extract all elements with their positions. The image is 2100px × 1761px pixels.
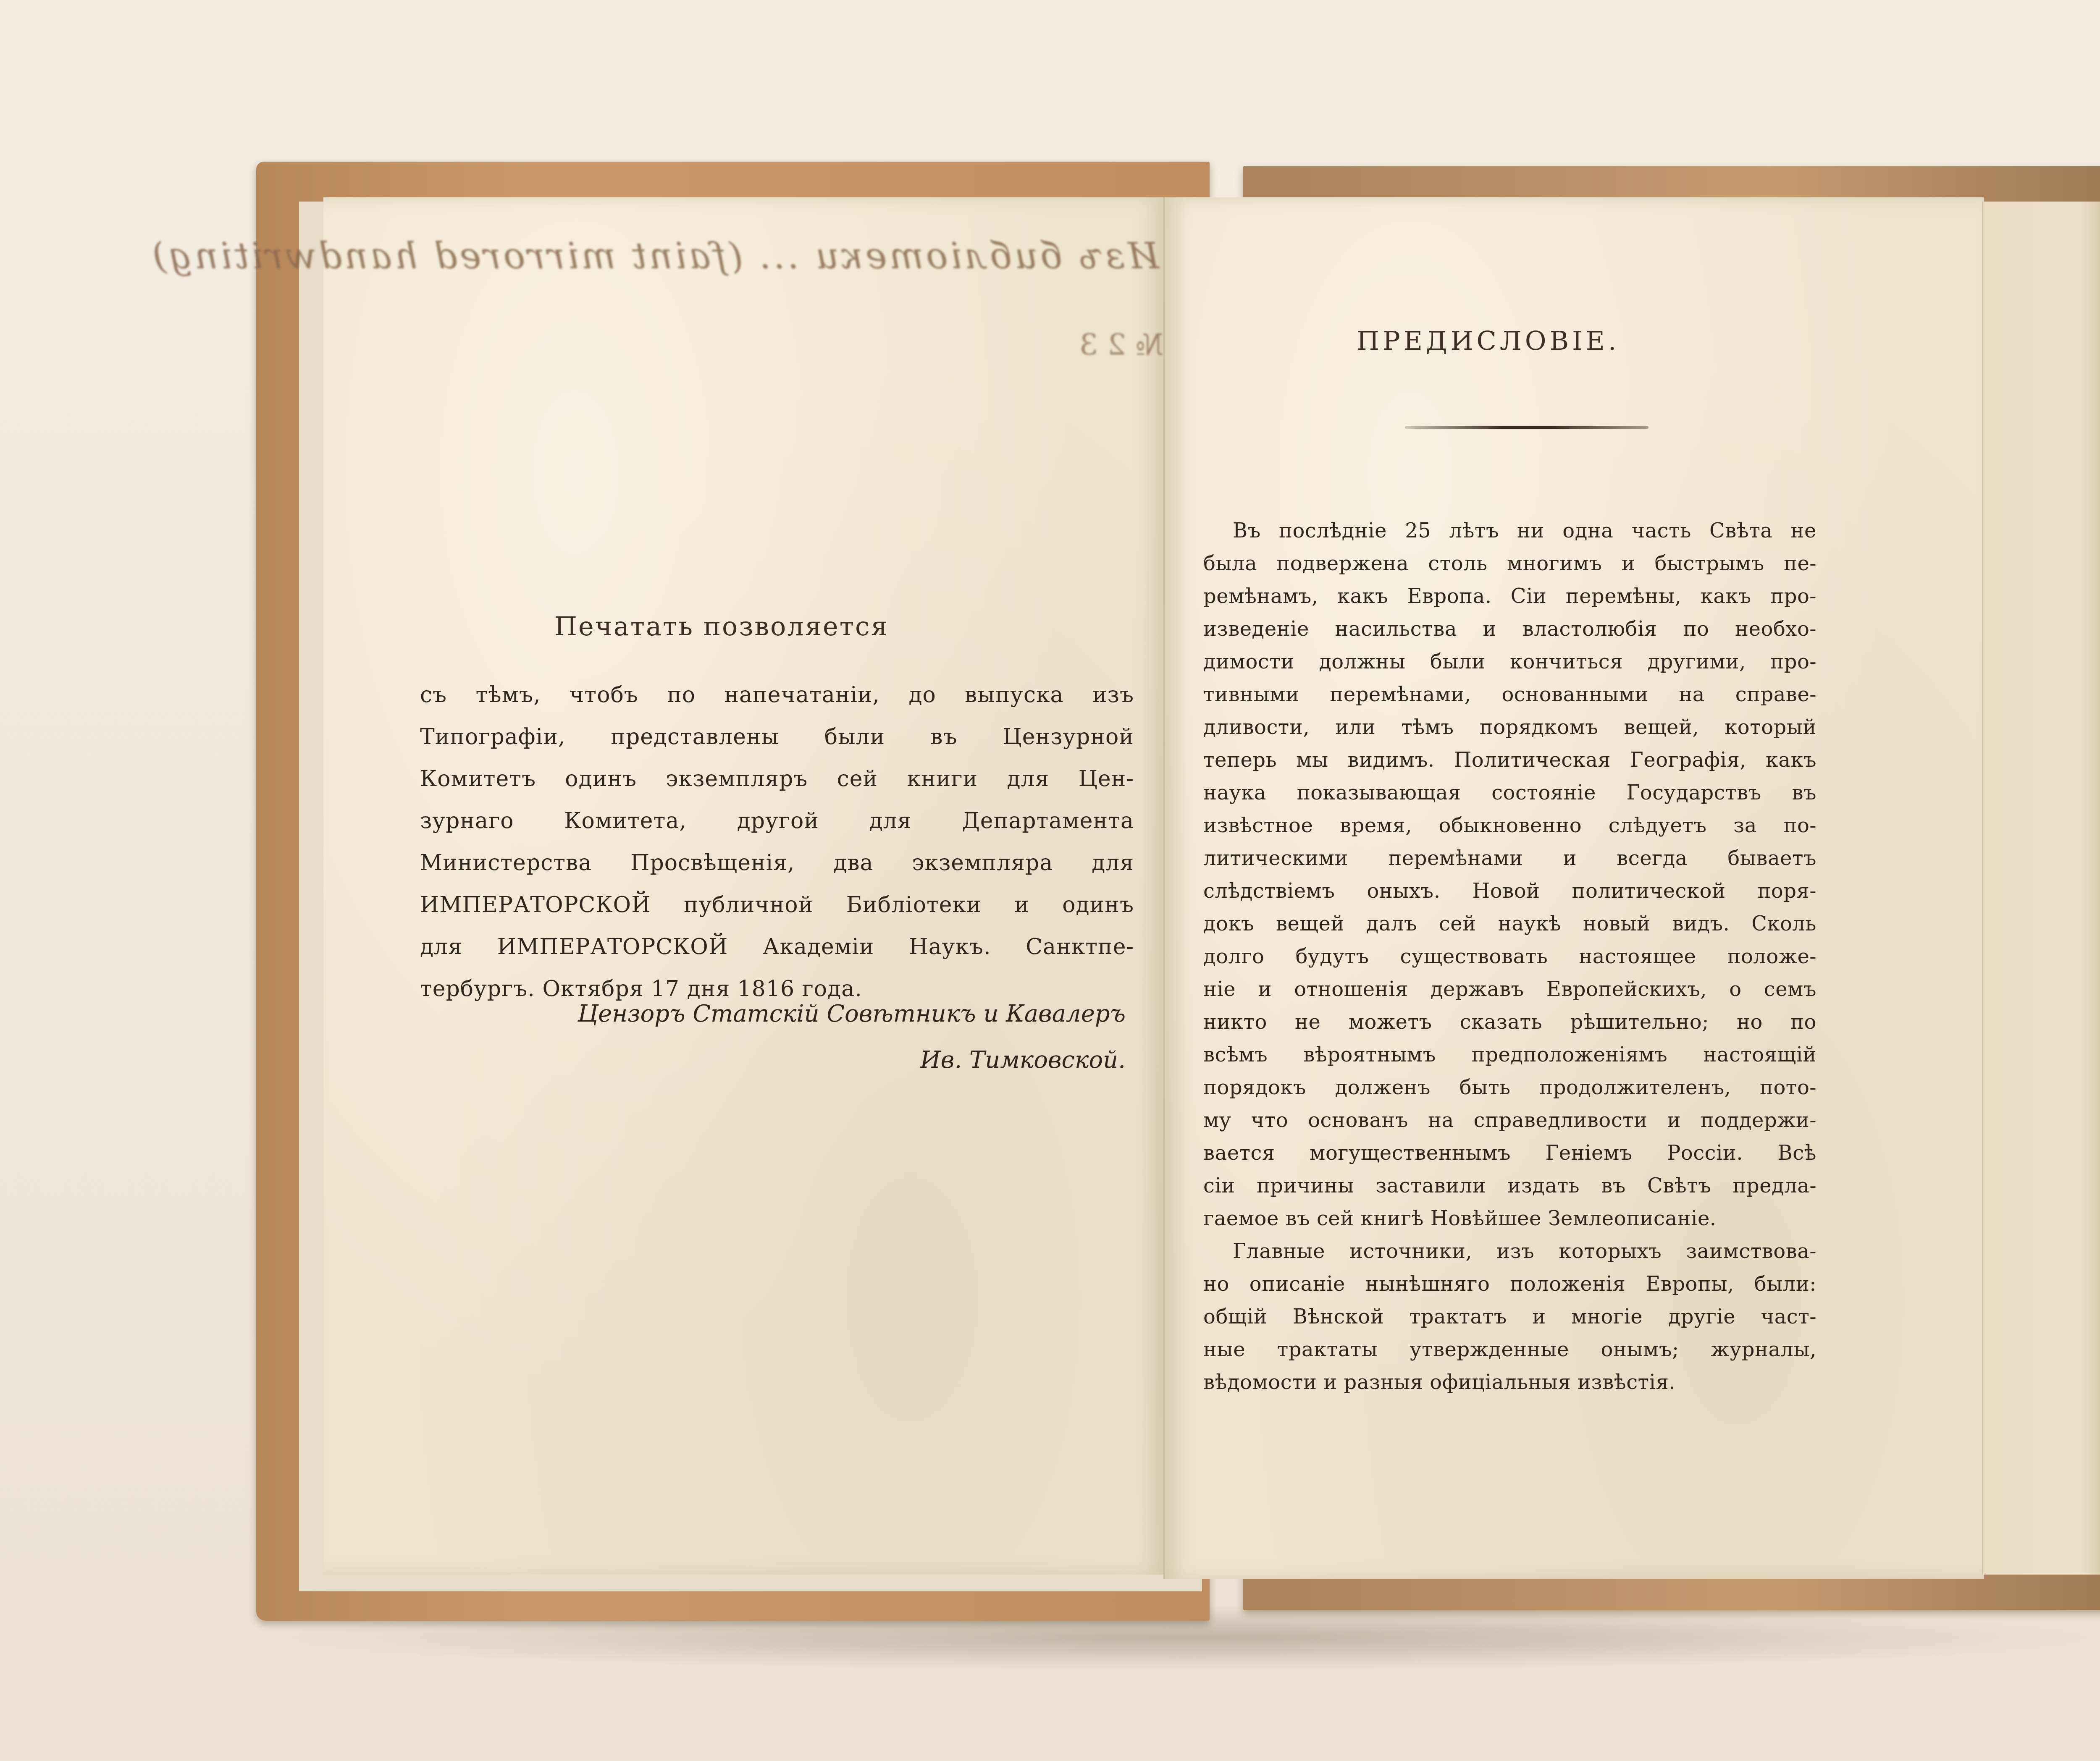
text-line: никто не можетъ сказать рѣшительно; но п… xyxy=(1203,1006,1816,1038)
text-line: общій Вѣнской трактатъ и многіе другіе ч… xyxy=(1203,1300,1816,1333)
text-line: слѣдствіемъ оныхъ. Новой политической по… xyxy=(1203,875,1816,907)
text-line: димости должны были кончиться другими, п… xyxy=(1203,645,1816,678)
text-line: вѣдомости и разныя офиціальныя извѣстія. xyxy=(1203,1366,1816,1399)
preface-heading: ПРЕДИСЛОВІЕ. xyxy=(1357,325,1620,356)
text-line: му что основанъ на справедливости и подд… xyxy=(1203,1104,1816,1137)
censor-signature: Цензоръ Статскій Совѣтникъ и Кавалеръ Ив… xyxy=(496,991,1126,1083)
text-line: Министерства Просвѣщенія, два экземпляра… xyxy=(420,842,1134,884)
text-line: ИМПЕРАТОРСКОЙ публичной Библіотеки и оди… xyxy=(420,884,1134,926)
text-line: литическими перемѣнами и всегда бываетъ xyxy=(1203,842,1816,875)
text-line: зурнаго Комитета, другой для Департамент… xyxy=(420,800,1134,842)
text-line: для ИМПЕРАТОРСКОЙ Академіи Наукъ. Санктп… xyxy=(420,926,1134,968)
text-line: Комитетъ одинъ экземпляръ сей книги для … xyxy=(420,758,1134,800)
text-line: съ тѣмъ, чтобъ по напечатаніи, до выпуск… xyxy=(420,674,1134,716)
preface-text: Въ послѣдніе 25 лѣтъ ни одна часть Свѣта… xyxy=(1203,514,1816,1399)
text-line: Въ послѣдніе 25 лѣтъ ни одна часть Свѣта… xyxy=(1203,514,1816,547)
text-line: долго будутъ существовать настоящее поло… xyxy=(1203,940,1816,973)
shelf-mark-show-through: № 2 3 xyxy=(1079,328,1163,362)
text-line: ніе и отношенія державъ Европейскихъ, о … xyxy=(1203,973,1816,1006)
text-line: ремѣнамъ, какъ Европа. Сіи перемѣны, как… xyxy=(1203,580,1816,613)
text-line: теперь мы видимъ. Политическая Географія… xyxy=(1203,744,1816,776)
handwritten-inscription-show-through: Изъ библіотеки ... (faint mirrored handw… xyxy=(361,235,1159,286)
text-line: но описаніе нынѣшняго положенія Европы, … xyxy=(1203,1268,1816,1300)
imprimatur-text: съ тѣмъ, чтобъ по напечатаніи, до выпуск… xyxy=(420,674,1134,1010)
censor-title: Цензоръ Статскій Совѣтникъ и Кавалеръ xyxy=(496,991,1126,1037)
text-line: всѣмъ вѣроятнымъ предположеніямъ настоящ… xyxy=(1203,1038,1816,1071)
text-line: тивными перемѣнами, основанными на справ… xyxy=(1203,678,1816,711)
text-line: дливости, или тѣмъ порядкомъ вещей, кото… xyxy=(1203,711,1816,744)
text-line: сіи причины заставили издать въ Свѣтъ пр… xyxy=(1203,1169,1816,1202)
text-line: ные трактаты утвержденные онымъ; журналы… xyxy=(1203,1333,1816,1366)
text-line: Главные источники, изъ которыхъ заимство… xyxy=(1203,1235,1816,1268)
text-line: была подвержена столь многимъ и быстрымъ… xyxy=(1203,547,1816,580)
imprimatur-heading: Печатать позволяется xyxy=(554,611,1016,642)
text-line: докъ вещей далъ сей наукѣ новый видъ. Ск… xyxy=(1203,907,1816,940)
text-line: порядокъ долженъ быть продолжителенъ, по… xyxy=(1203,1071,1816,1104)
text-block-edge xyxy=(1982,202,2100,1575)
text-line: гаемое въ сей книгѣ Новѣйшее Землеописан… xyxy=(1203,1202,1816,1235)
text-line: вается могущественнымъ Геніемъ Россіи. В… xyxy=(1203,1137,1816,1169)
censor-name: Ив. Тимковской. xyxy=(496,1037,1126,1083)
text-line: Типографіи, представлены были въ Цензурн… xyxy=(420,716,1134,758)
text-line: изведеніе насильства и властолюбія по не… xyxy=(1203,613,1816,645)
text-line: наука показывающая состояніе Государствъ… xyxy=(1203,776,1816,809)
text-line: извѣстное время, обыкновенно слѣдуетъ за… xyxy=(1203,809,1816,842)
heading-rule xyxy=(1405,426,1648,429)
